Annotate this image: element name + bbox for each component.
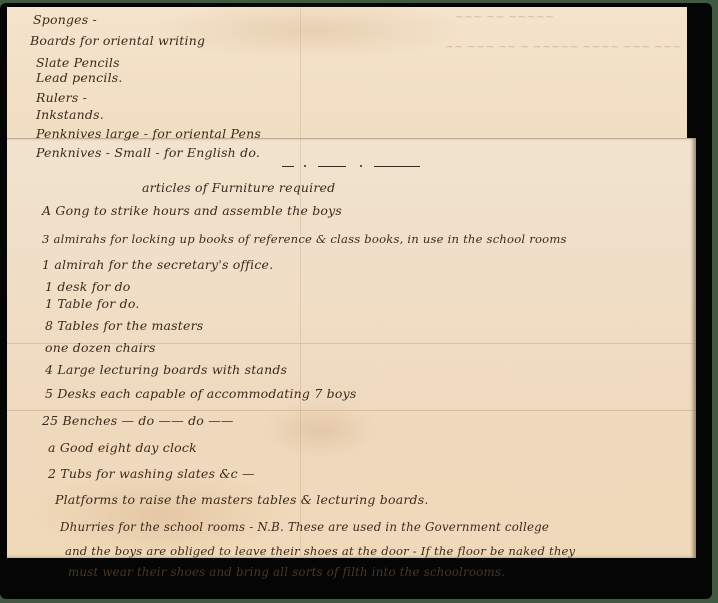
furniture-item: 1 almirah for the secretary's office. [42,257,273,272]
supplies-item: Rulers - [36,90,87,105]
supplies-item: Penknives large - for oriental Pens [36,126,261,141]
note-line: Dhurries for the school rooms - N.B. The… [60,520,549,534]
furniture-item: 5 Desks each capable of accommodating 7 … [45,386,356,401]
furniture-item: 4 Large lecturing boards with stands [45,362,287,377]
supplies-item: Lead pencils. [36,70,123,85]
bleed-through-text: ~~ ~~~ ~~ ~ ~~~~~ ~~~~ ~~~ ~~~ [445,40,681,53]
section-divider [282,164,422,170]
supplies-item: Inkstands. [36,107,104,122]
furniture-item: Platforms to raise the masters tables & … [55,492,429,507]
supplies-item: Penknives - Small - for English do. [36,145,260,160]
furniture-item: 2 Tubs for washing slates &c — [48,466,255,481]
paper-stain [260,400,380,460]
supplies-item: Slate Pencils [36,55,120,70]
furniture-item: 1 desk for do [45,279,131,294]
furniture-heading: articles of Furniture required [142,180,335,195]
furniture-item: 3 almirahs for locking up books of refer… [42,232,567,246]
paper-stain [150,0,470,60]
furniture-item: one dozen chairs [45,340,156,355]
supplies-item: Boards for oriental writing [30,33,205,48]
note-line: and the boys are obliged to leave their … [65,544,575,558]
supplies-item: Sponges - [33,12,97,27]
furniture-item: a Good eight day clock [48,440,197,455]
bleed-through-text: ~~~ ~~ ~~~~~ [455,10,554,23]
furniture-item: 25 Benches — do —— do —— [42,413,234,428]
furniture-item: 8 Tables for the masters [45,318,203,333]
note-line: must wear their shoes and bring all sort… [68,565,505,579]
furniture-item: 1 Table for do. [45,296,140,311]
fold-line [300,7,301,557]
furniture-item: A Gong to strike hours and assemble the … [42,203,342,218]
